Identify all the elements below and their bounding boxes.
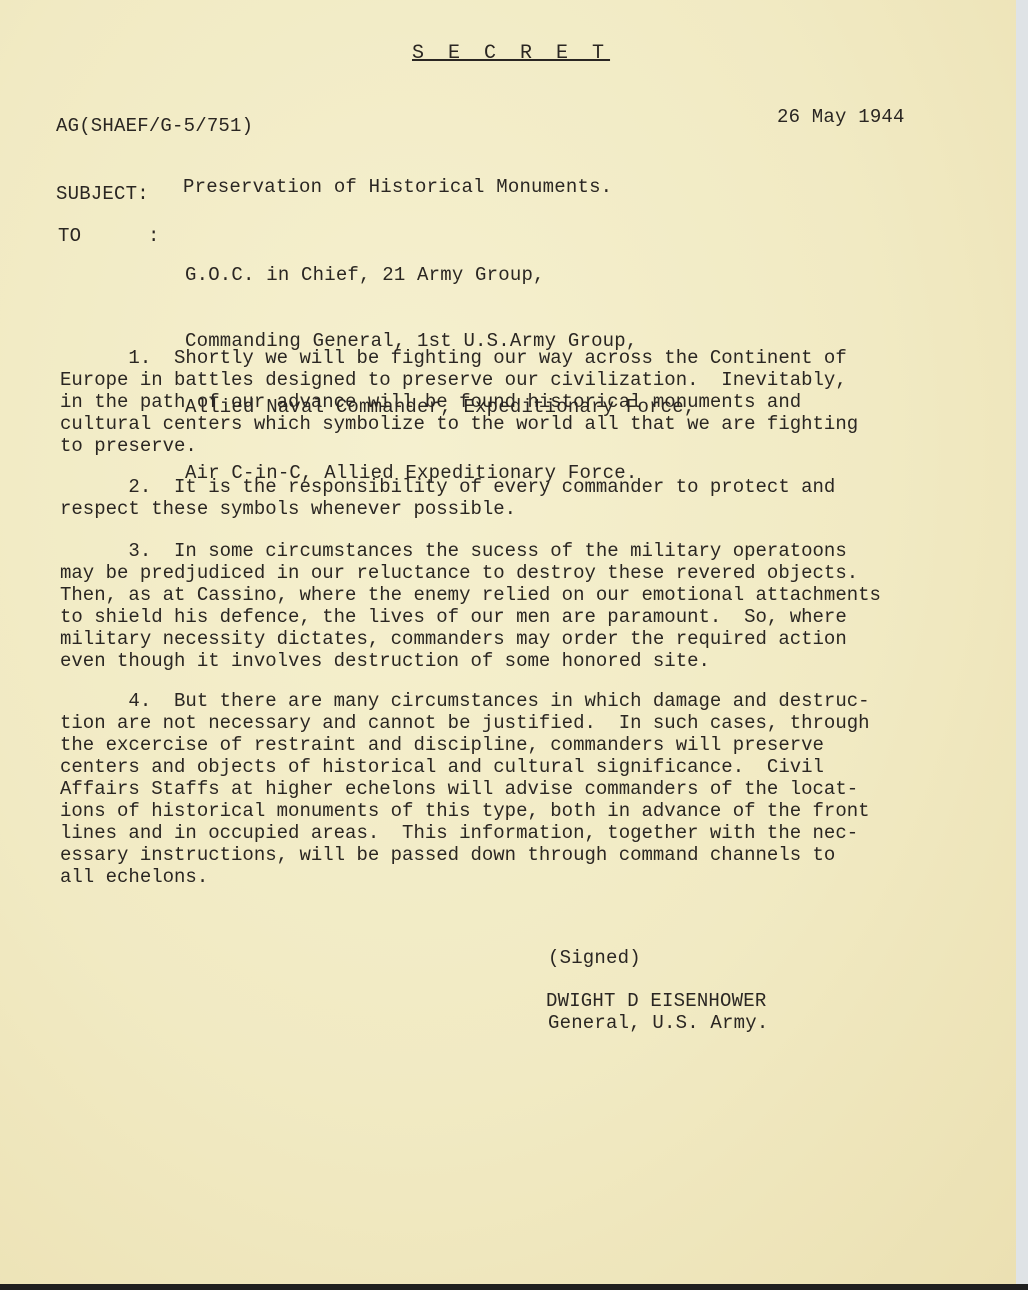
paragraph-3: 3. In some circumstances the sucess of t…: [60, 540, 990, 672]
document-date: 26 May 1944: [777, 106, 905, 128]
scan-edge: [1016, 0, 1028, 1284]
paragraph-1: 1. Shortly we will be fighting our way a…: [60, 347, 990, 457]
recipient: G.O.C. in Chief, 21 Army Group,: [185, 264, 695, 286]
signed-note: (Signed): [548, 947, 641, 969]
document-page: S E C R E T AG(SHAEF/G-5/751) 26 May 194…: [0, 0, 1020, 1284]
signatory-name: DWIGHT D EISENHOWER: [546, 990, 766, 1012]
signatory-title: General, U.S. Army.: [548, 1012, 768, 1034]
to-label: TO: [58, 225, 81, 247]
to-colon: :: [148, 225, 160, 247]
subject-text: Preservation of Historical Monuments.: [183, 176, 612, 198]
reference-number: AG(SHAEF/G-5/751): [56, 115, 253, 137]
paragraph-4: 4. But there are many circumstances in w…: [60, 690, 990, 888]
paragraph-2: 2. It is the responsibility of every com…: [60, 476, 990, 520]
subject-label: SUBJECT:: [56, 183, 149, 205]
classification-heading: S E C R E T: [412, 43, 610, 65]
